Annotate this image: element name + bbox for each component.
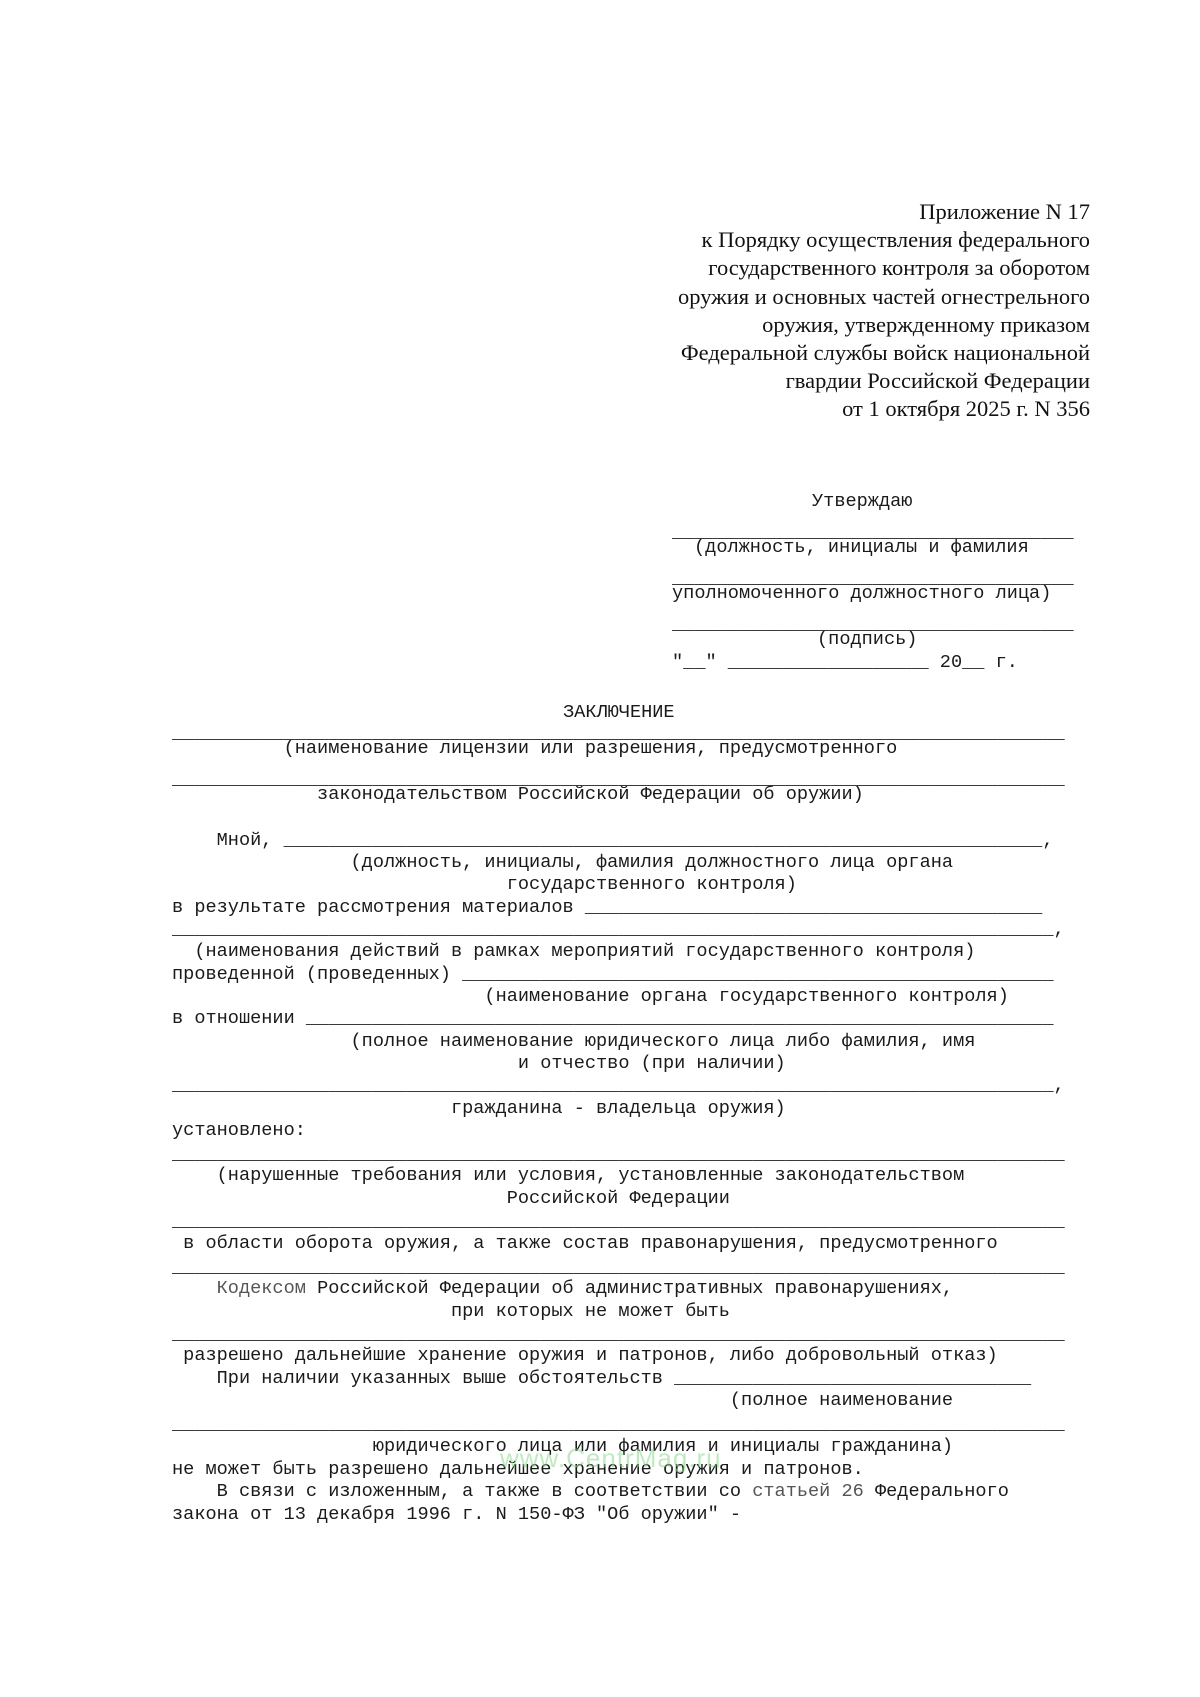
approval-date-line[interactable]: "__" __________________ 20__ г. [672, 651, 1018, 674]
field-hint: (наименование органа государственного ко… [172, 985, 1009, 1008]
field-hint: законодательством Российской Федерации о… [172, 783, 864, 806]
appendix-line: Приложение N 17 [570, 198, 1090, 226]
field-hint: разрешено дальнейшие хранение оружия и п… [172, 1344, 998, 1367]
field-hint: (нарушенные требования или условия, уста… [172, 1164, 964, 1187]
fill-in-blank[interactable]: ________________________________________… [172, 1143, 1065, 1166]
field-hint: (должность, инициалы, фамилия должностно… [172, 851, 953, 874]
fill-in-blank[interactable]: ________________________________________… [172, 1074, 1065, 1097]
appendix-line: от 1 октября 2025 г. N 356 [570, 395, 1090, 423]
signature-hint: (подпись) [817, 628, 917, 651]
field-hint: гражданина - владельца оружия) [172, 1097, 786, 1120]
form-field-line[interactable]: При наличии указанных выше обстоятельств… [172, 1367, 1031, 1390]
legal-reference-link[interactable]: Кодексом [217, 1278, 306, 1299]
form-field-line[interactable]: Мной, __________________________________… [172, 829, 1054, 852]
appendix-line: оружия, утвержденному приказом [570, 311, 1090, 339]
body-text: В связи с изложенным, а также в соответс… [172, 1480, 1009, 1503]
legal-reference-link[interactable]: статьей 26 [752, 1481, 864, 1502]
field-hint: (полное наименование [172, 1389, 953, 1412]
body-text: установлено: [172, 1119, 306, 1142]
approval-title: Утверждаю [812, 490, 912, 513]
appendix-header: Приложение N 17 к Порядку осуществления … [570, 198, 1090, 424]
appendix-line: государственного контроля за оборотом [570, 254, 1090, 282]
appendix-line: гвардии Российской Федерации [570, 367, 1090, 395]
fill-in-blank[interactable]: ________________________________________… [172, 1323, 1065, 1346]
fill-in-blank[interactable]: ________________________________________… [172, 1210, 1065, 1233]
field-hint: и отчество (при наличии) [172, 1052, 786, 1075]
body-text: не может быть разрешено дальнейшее хране… [172, 1458, 864, 1481]
document-page: Приложение N 17 к Порядку осуществления … [0, 0, 1200, 1697]
field-hint: (наименование лицензии или разрешения, п… [172, 737, 897, 760]
field-hint: в области оборота оружия, а также состав… [172, 1232, 998, 1255]
appendix-line: оружия и основных частей огнестрельного [570, 283, 1090, 311]
body-text: закона от 13 декабря 1996 г. N 150-ФЗ "О… [172, 1503, 741, 1526]
approval-position-hint: (должность, инициалы и фамилия [694, 536, 1029, 559]
field-hint: Российской Федерации [172, 1187, 730, 1210]
appendix-line: к Порядку осуществления федерального [570, 226, 1090, 254]
form-field-line[interactable]: в отношении ____________________________… [172, 1007, 1054, 1030]
fill-in-blank[interactable]: ________________________________________… [172, 1413, 1065, 1436]
form-field-line[interactable]: проведенной (проведенных) ______________… [172, 963, 1054, 986]
field-hint: государственного контроля) [172, 873, 797, 896]
fill-in-blank[interactable]: ________________________________________… [172, 1256, 1065, 1279]
field-hint: (полное наименование юридического лица л… [172, 1030, 975, 1053]
field-hint: (наименования действий в рамках мероприя… [172, 940, 975, 963]
field-hint: Кодексом Российской Федерации об админис… [172, 1277, 953, 1300]
fill-in-blank[interactable]: ________________________________________… [172, 918, 1065, 941]
document-title: ЗАКЛЮЧЕНИЕ [563, 701, 675, 724]
form-body: Утверждаю ______________________________… [172, 0, 217, 336]
form-field-line[interactable]: в результате рассмотрения материалов ___… [172, 896, 1042, 919]
field-hint: при которых не может быть [172, 1300, 730, 1323]
field-hint: юридического лица или фамилия и инициалы… [172, 1435, 953, 1458]
approval-position-hint-2: уполномоченного должностного лица) [672, 582, 1051, 605]
appendix-line: Федеральной службы войск национальной [570, 339, 1090, 367]
